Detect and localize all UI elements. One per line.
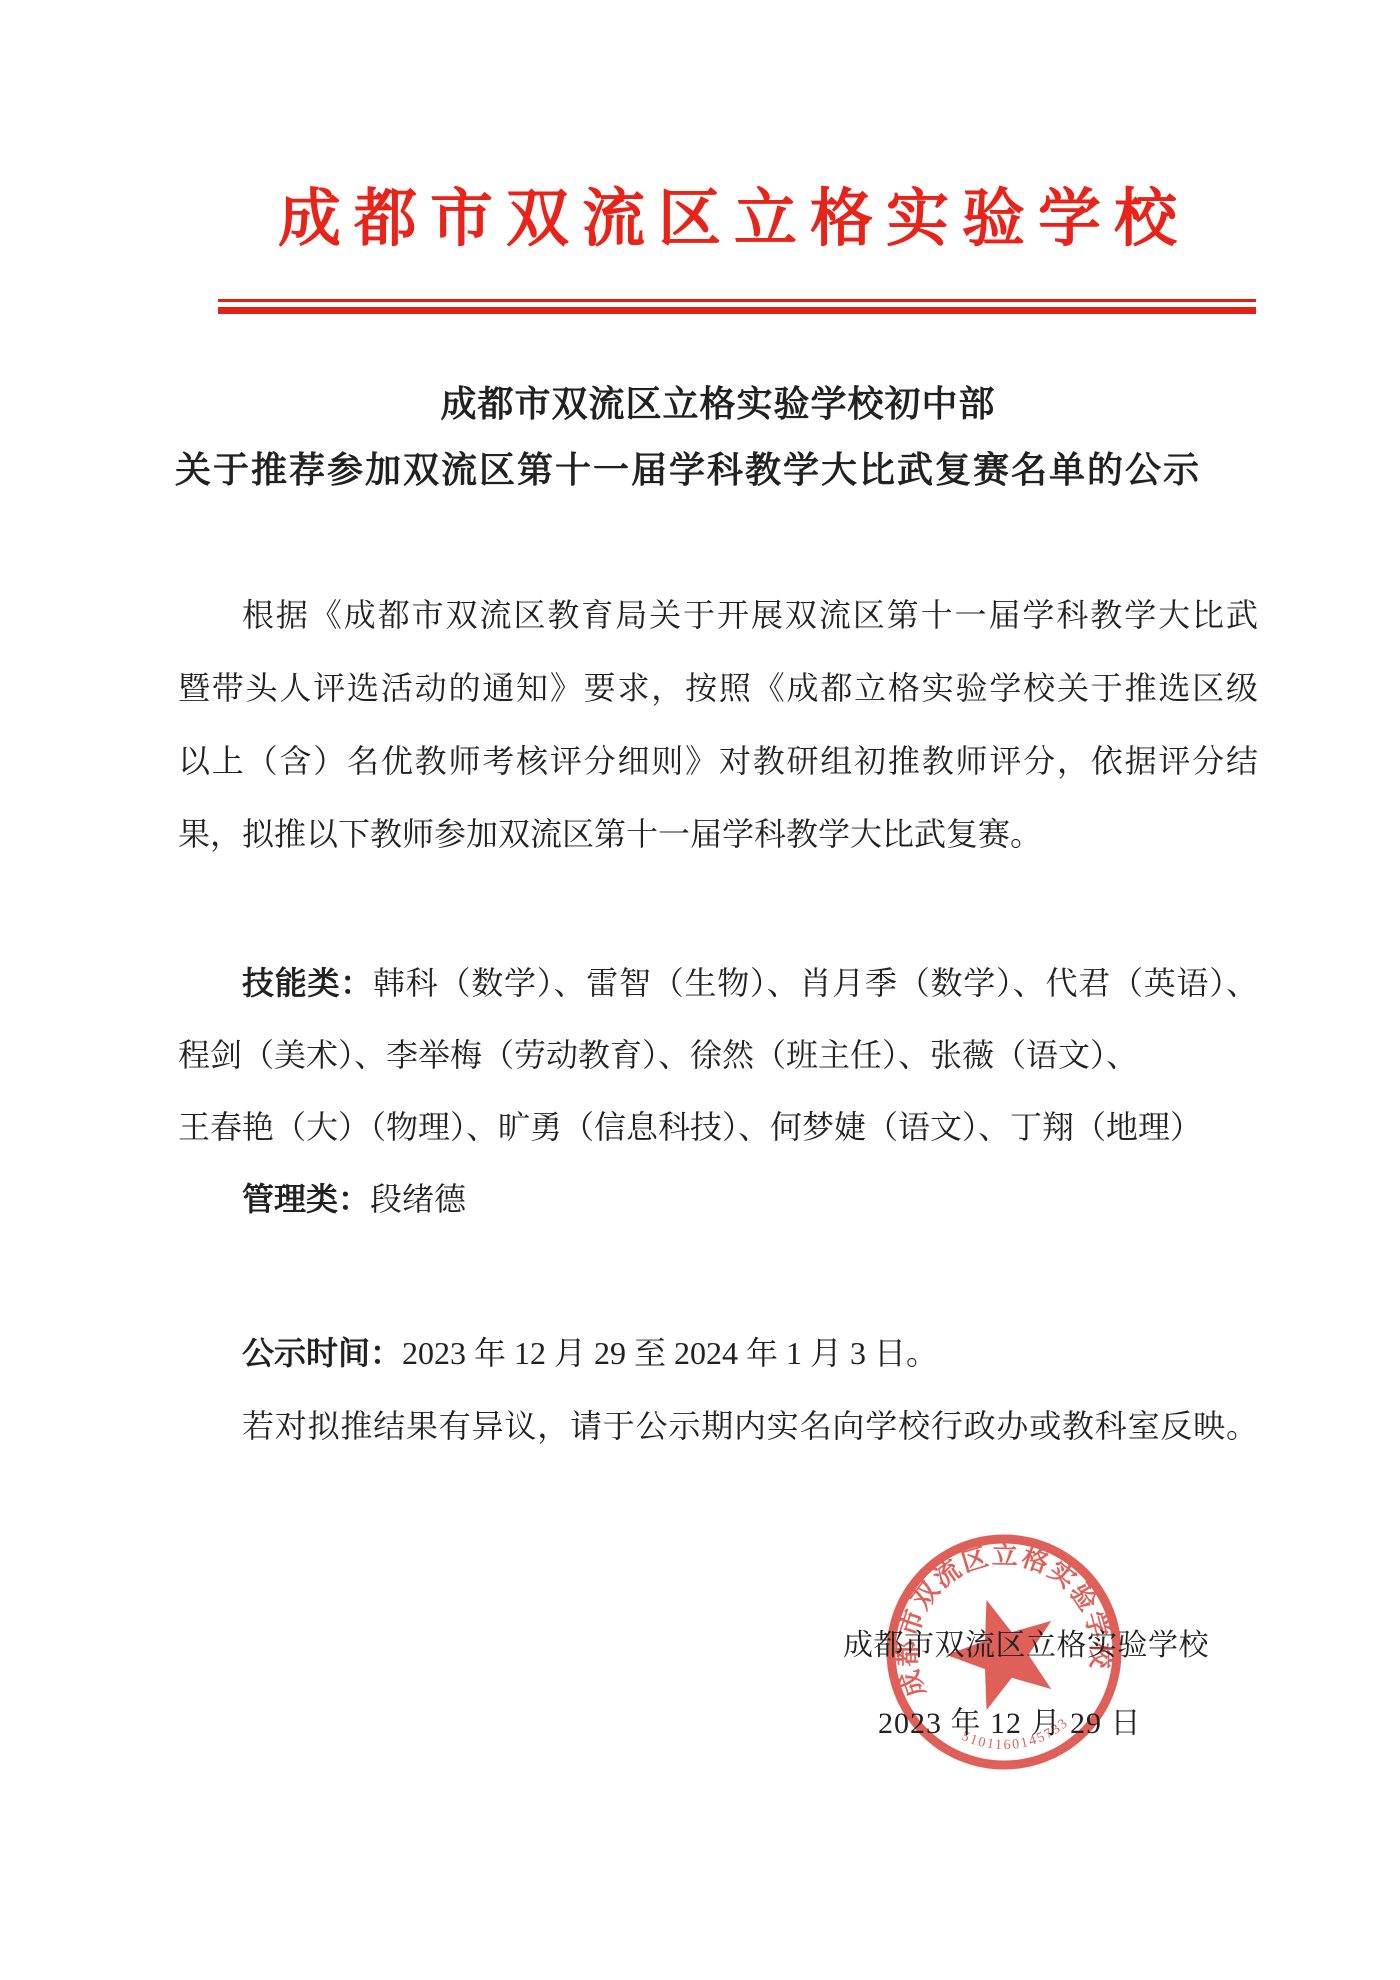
management-name: 段绪德 — [370, 1181, 466, 1217]
skills-line-2: 程剑（美术）、李举梅（劳动教育）、徐然（班主任）、张薇（语文）、 — [178, 1033, 1258, 1077]
letterhead-school-name: 成都市双流区立格实验学校 — [278, 168, 1190, 259]
intro-line-1: 根据《成都市双流区教育局关于开展双流区第十一届学科教学大比武 — [178, 593, 1258, 637]
signature-name: 成都市双流区立格实验学校 — [843, 1620, 1209, 1664]
doc-title-line1: 成都市双流区立格实验学校初中部 — [178, 376, 1258, 427]
intro-line-4: 果，拟推以下教师参加双流区第十一届学科教学大比武复赛。 — [178, 812, 1258, 856]
letterhead-rule-thick — [218, 307, 1256, 314]
management-line: 管理类：段绪德 — [178, 1177, 1258, 1221]
management-label: 管理类： — [242, 1181, 370, 1217]
feedback-line: 若对拟推结果有异议，请于公示期内实名向学校行政办或教科室反映。 — [178, 1404, 1258, 1448]
doc-title-line2: 关于推荐参加双流区第十一届学科教学大比武复赛名单的公示 — [175, 442, 1201, 493]
signature-date: 2023 年 12 月 29 日 — [878, 1698, 1142, 1742]
skills-label: 技能类： — [242, 965, 373, 1001]
intro-line-3: 以上（含）名优教师考核评分细则》对教研组初推教师评分，依据评分结 — [178, 739, 1258, 783]
skills-names-1: 韩科（数学）、雷智（生物）、肖月季（数学）、代君（英语）、 — [373, 965, 1258, 1001]
notice-time-label: 公示时间： — [242, 1335, 402, 1371]
document-page: { "page": { "accent_red": "#e8231a", "se… — [0, 0, 1400, 1980]
notice-time-value: 2023 年 12 月 29 至 2024 年 1 月 3 日。 — [402, 1335, 938, 1371]
intro-line-2: 暨带头人评选活动的通知》要求，按照《成都立格实验学校关于推选区级 — [178, 666, 1258, 710]
skills-line-3: 王春艳（大）（物理）、旷勇（信息科技）、何梦婕（语文）、丁翔（地理） — [178, 1105, 1258, 1149]
letterhead-rule-thin — [218, 299, 1256, 302]
notice-time-line: 公示时间：2023 年 12 月 29 至 2024 年 1 月 3 日。 — [178, 1331, 1258, 1375]
skills-line-1: 技能类：韩科（数学）、雷智（生物）、肖月季（数学）、代君（英语）、 — [178, 961, 1258, 1005]
